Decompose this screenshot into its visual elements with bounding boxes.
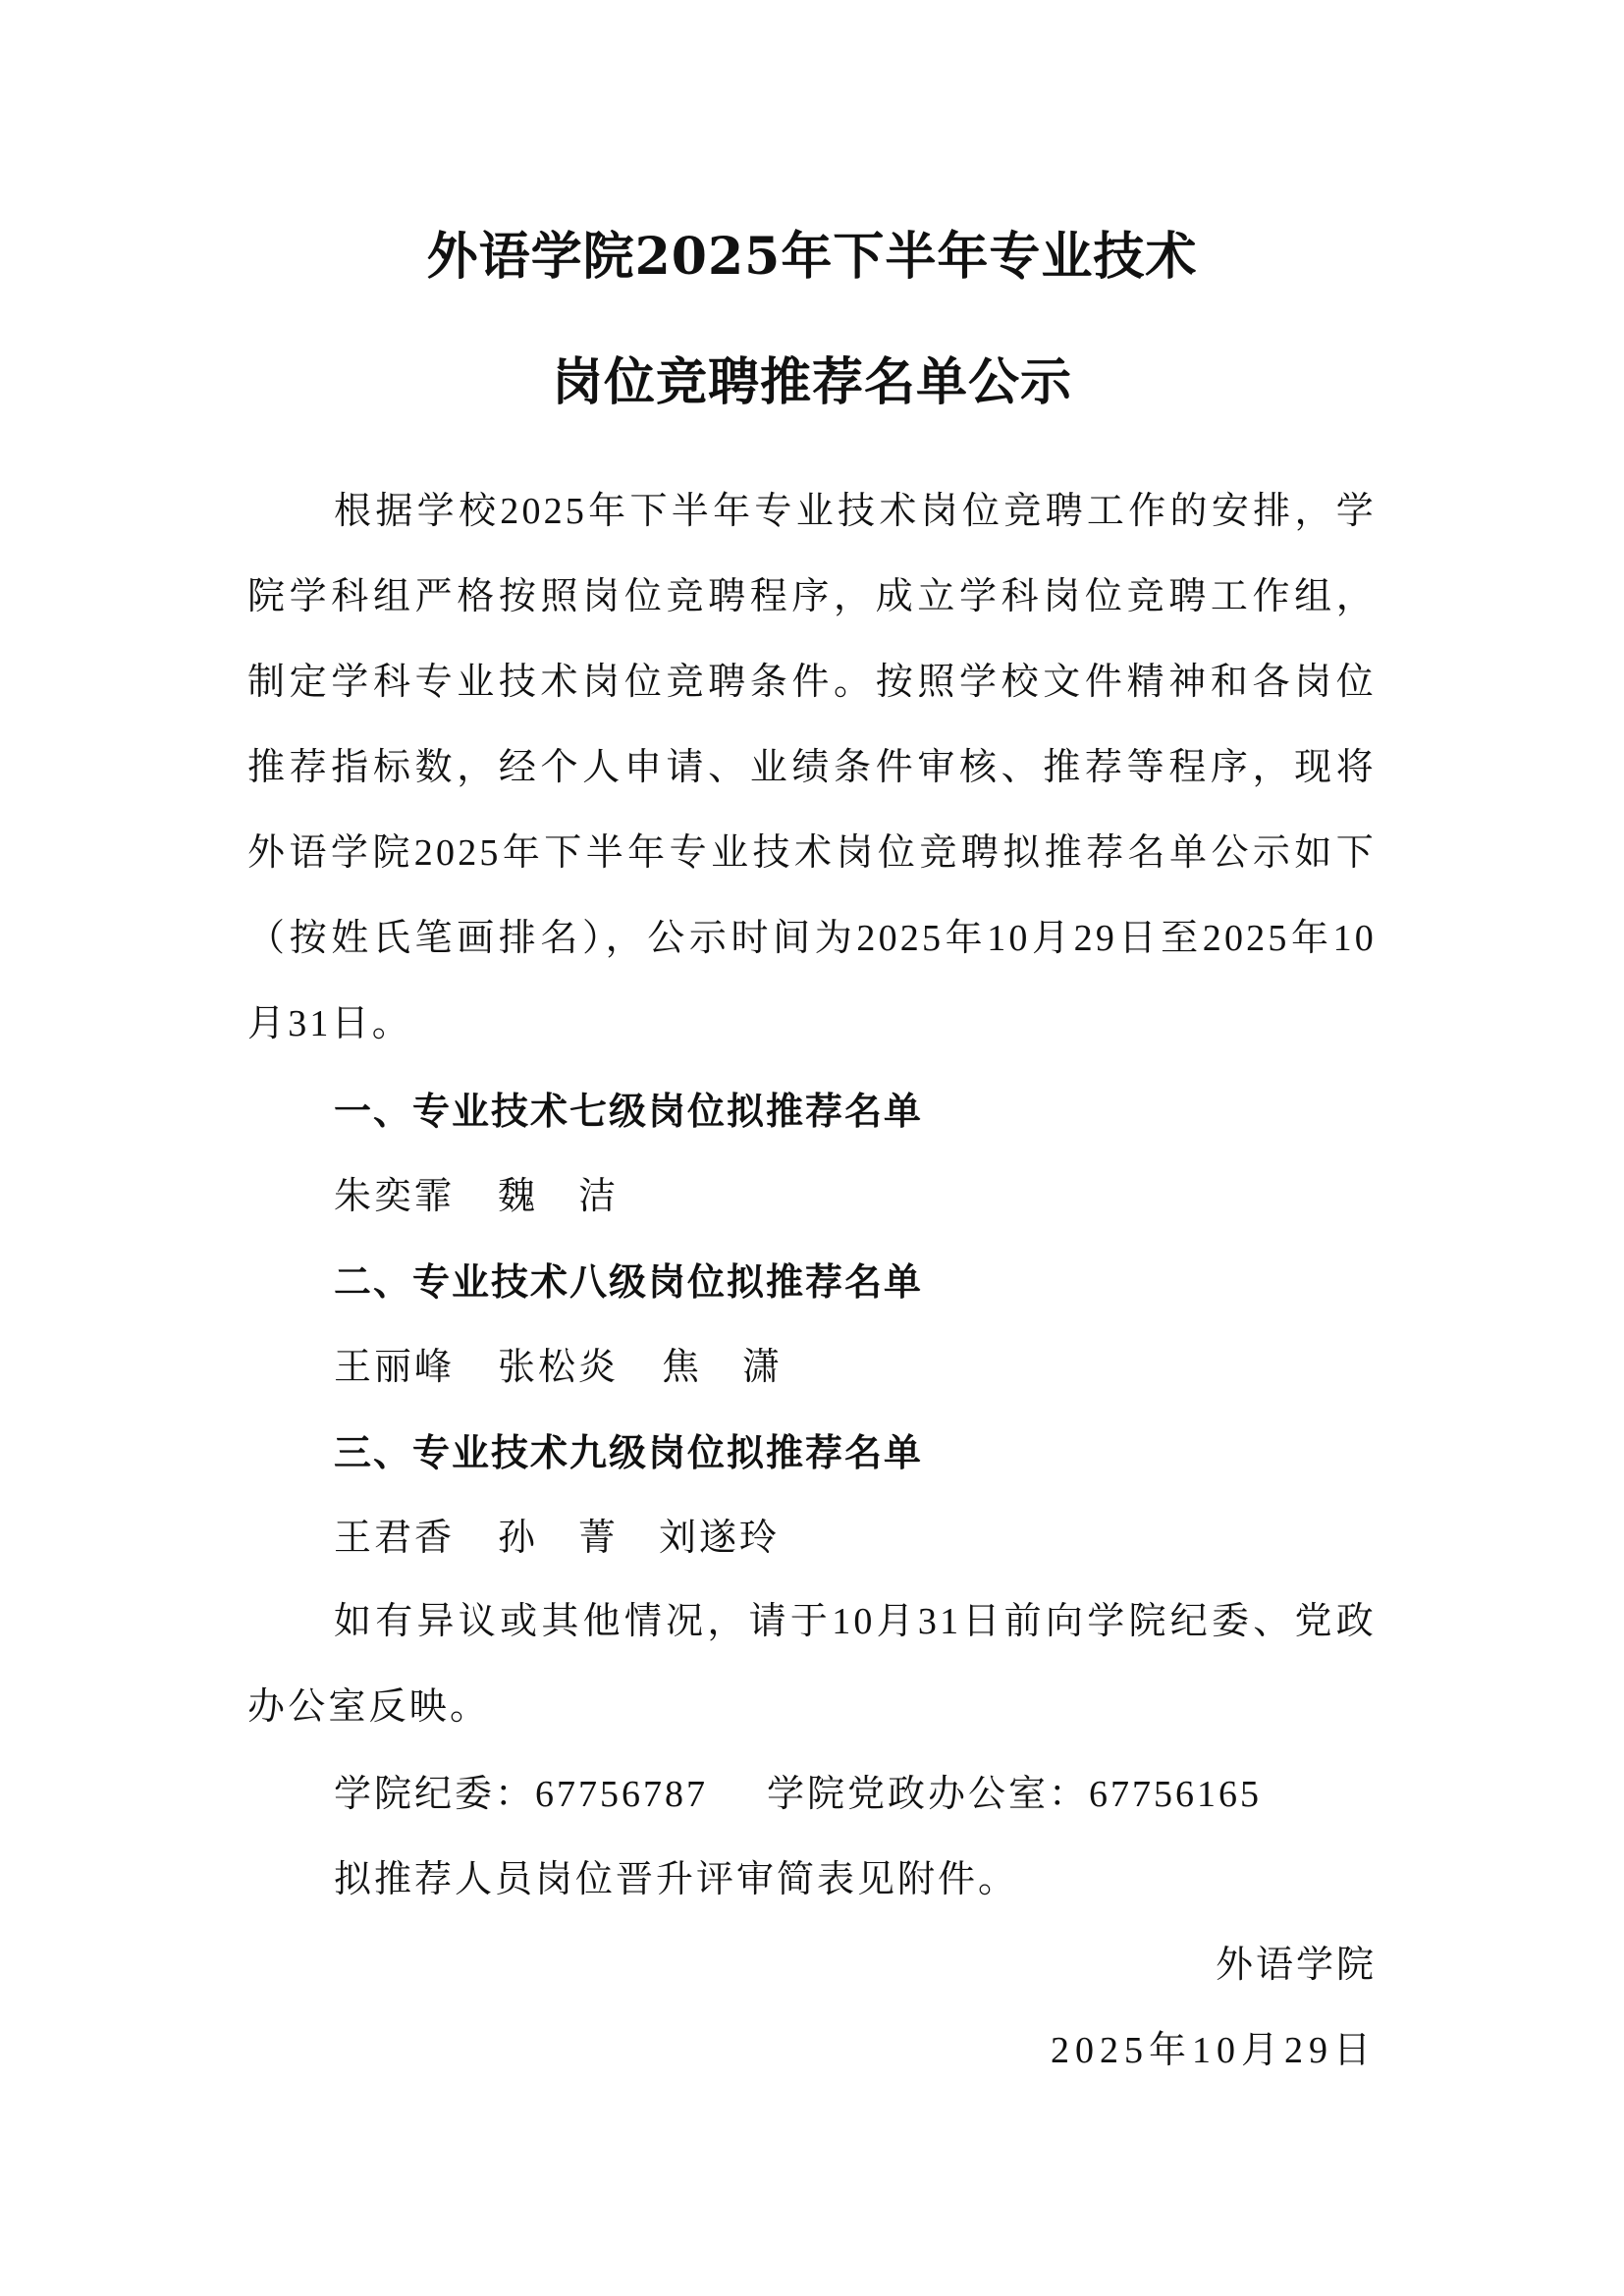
name-list-level-7: 朱奕霏魏洁 (334, 1167, 659, 1226)
discipline-committee-label: 学院纪委： (334, 1774, 535, 1815)
section-heading-level-9: 三、专业技术九级岗位拟推荐名单 (334, 1423, 923, 1482)
objection-paragraph: 如有异议或其他情况，请于10月31日前向学院纪委、党政办公室反映。 (247, 1579, 1377, 1750)
candidate-name: 王君香 (334, 1509, 455, 1568)
objection-text: 如有异议或其他情况，请于10月31日前向学院纪委、党政办公室反映。 (247, 1579, 1377, 1750)
candidate-name: 焦潇 (662, 1338, 823, 1397)
candidate-name: 魏洁 (498, 1167, 659, 1226)
name-list-level-8: 王丽峰张松炎焦潇 (334, 1338, 823, 1397)
candidate-name: 朱奕霏 (334, 1167, 455, 1226)
candidate-name: 王丽峰 (334, 1338, 455, 1397)
candidate-name: 张松炎 (498, 1338, 619, 1397)
candidate-name: 孙菁 (498, 1509, 659, 1568)
attachment-note: 拟推荐人员岗位晋升评审简表见附件。 (334, 1850, 1018, 1909)
intro-text: 根据学校2025年下半年专业技术岗位竞聘工作的安排，学院学科组严格按照岗位竞聘程… (247, 469, 1377, 1067)
document-page: 外语学院2025年下半年专业技术 岗位竞聘推荐名单公示 根据学校2025年下半年… (0, 0, 1624, 2296)
signature-date: 2025年10月29日 (1051, 2021, 1377, 2080)
intro-paragraph: 根据学校2025年下半年专业技术岗位竞聘工作的安排，学院学科组严格按照岗位竞聘程… (247, 469, 1377, 1067)
section-heading-level-8: 二、专业技术八级岗位拟推荐名单 (334, 1253, 923, 1311)
document-title-line-1: 外语学院2025年下半年专业技术 (0, 228, 1624, 287)
section-heading-level-7: 一、专业技术七级岗位拟推荐名单 (334, 1082, 923, 1141)
contact-line: 学院纪委：67756787学院党政办公室：67756165 (334, 1765, 1262, 1824)
party-office-label: 学院党政办公室： (767, 1774, 1089, 1815)
document-title-line-2: 岗位竞聘推荐名单公示 (0, 353, 1624, 412)
discipline-committee-phone: 67756787 (535, 1774, 708, 1815)
name-list-level-9: 王君香孙菁刘遂玲 (334, 1509, 823, 1568)
signature-organization: 外语学院 (1216, 1936, 1377, 1995)
party-office-phone: 67756165 (1089, 1774, 1262, 1815)
candidate-name: 刘遂玲 (659, 1509, 780, 1568)
